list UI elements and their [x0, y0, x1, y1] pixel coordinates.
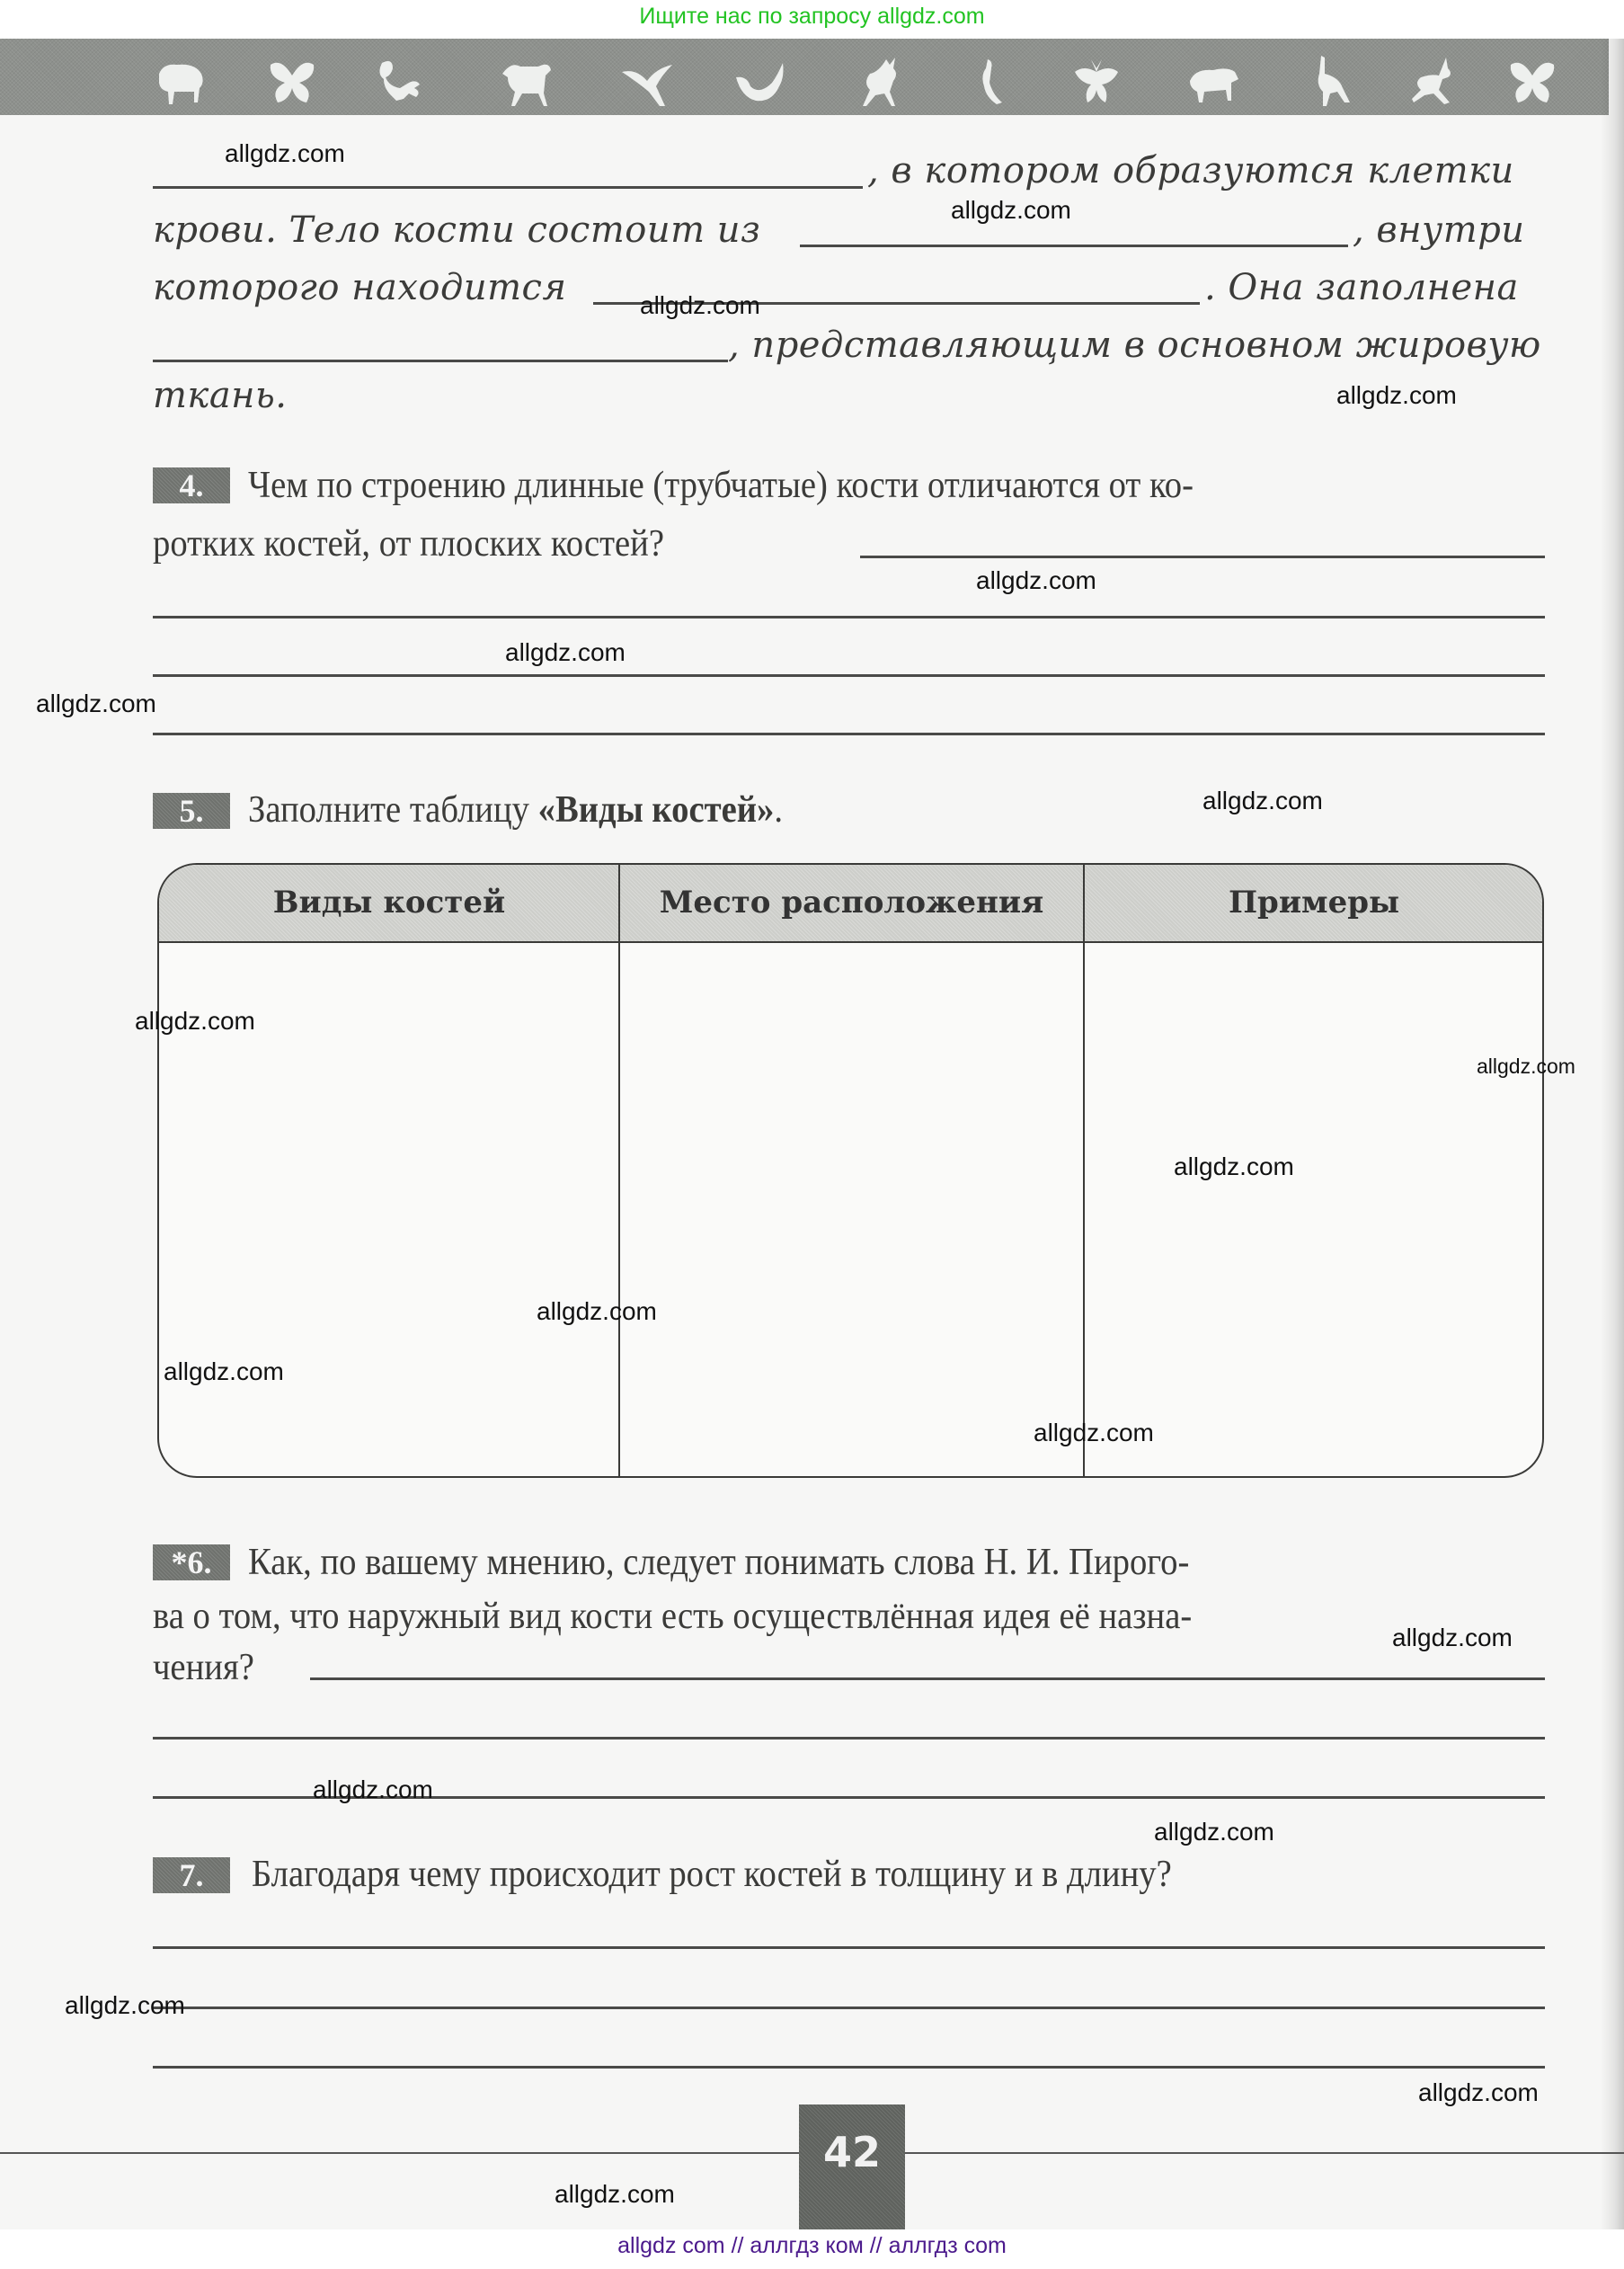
footer-links[interactable]: allgdz com // аллгдз ком // аллгдз com — [0, 2233, 1624, 2259]
table-cell-location[interactable] — [621, 943, 1082, 1478]
answer-line[interactable] — [153, 674, 1545, 677]
watermark: allgdz.com — [1418, 2078, 1539, 2107]
answer-line[interactable] — [153, 733, 1545, 735]
table-header: Виды костей Место расположения Примеры — [159, 865, 1542, 943]
watermark: allgdz.com — [505, 638, 626, 667]
answer-line[interactable] — [153, 360, 728, 362]
question-6-text: ва о том, что наружный вид кости есть ос… — [153, 1594, 1192, 1639]
answer-line[interactable] — [153, 1737, 1545, 1740]
page-edge-shadow — [1601, 39, 1624, 2232]
moth-icon — [1069, 55, 1123, 111]
answer-line[interactable] — [153, 2066, 1545, 2069]
watermark: allgdz.com — [1174, 1152, 1294, 1181]
heron-icon — [966, 55, 1020, 111]
text-line: , в котором образуются клетки — [867, 149, 1514, 192]
butterfly-icon — [1505, 55, 1559, 111]
text-line: крови. Тело кости состоит из — [153, 209, 760, 252]
watermark: allgdz.com — [555, 2180, 675, 2209]
question-7-text: Благодаря чему происходит рост костей в … — [252, 1852, 1172, 1897]
question-number-badge: 5. — [153, 793, 230, 829]
column-header-location: Место расположения — [619, 865, 1084, 941]
question-6-text: чения? — [153, 1645, 254, 1690]
bird-icon — [620, 55, 674, 111]
answer-line[interactable] — [153, 2007, 1545, 2009]
question-5-period: . — [774, 789, 783, 831]
table-title: «Виды костей» — [538, 789, 775, 831]
boar-icon — [1186, 55, 1240, 111]
watermark: allgdz.com — [65, 1991, 185, 2020]
crane-icon — [1303, 55, 1357, 111]
answer-line[interactable] — [800, 245, 1348, 247]
watermark: allgdz.com — [1392, 1624, 1513, 1652]
bison-icon — [155, 55, 209, 111]
column-header-bone-types: Виды костей — [159, 865, 619, 941]
watermark: allgdz.com — [36, 690, 156, 718]
deer-icon — [854, 55, 908, 111]
scorpion-icon — [373, 55, 427, 111]
table-cell-examples[interactable] — [1086, 943, 1544, 1478]
answer-line[interactable] — [153, 616, 1545, 618]
footer-rule — [0, 2152, 799, 2154]
question-4-text: ротких костей, от плоских костей? — [153, 521, 664, 566]
watermark: allgdz.com — [225, 139, 345, 168]
question-5-text: Заполните таблицу «Виды костей». — [248, 787, 783, 832]
watermark: allgdz.com — [1202, 787, 1323, 815]
bone-types-table: Виды костей Место расположения Примеры — [157, 863, 1544, 1478]
text-line: , внутри — [1353, 209, 1525, 252]
watermark: allgdz.com — [1336, 381, 1457, 410]
dolphin-icon — [732, 55, 786, 111]
question-5-text-plain: Заполните таблицу — [248, 789, 538, 831]
page-number: 42 — [799, 2104, 905, 2229]
watermark: allgdz.com — [1154, 1818, 1274, 1846]
watermark: allgdz.com — [976, 566, 1096, 595]
footer-rule — [905, 2152, 1624, 2154]
watermark: allgdz.com — [164, 1357, 284, 1386]
watermark: allgdz.com — [951, 196, 1071, 225]
watermark: allgdz.com — [537, 1297, 657, 1326]
watermark: allgdz.com — [135, 1007, 255, 1036]
antelope-icon — [1407, 55, 1460, 111]
question-number-badge: 4. — [153, 467, 230, 503]
question-number-badge: *6. — [153, 1544, 230, 1580]
site-banner[interactable]: Ищите нас по запросу allgdz.com — [0, 4, 1624, 30]
question-6-text: Как, по вашему мнению, следует понимать … — [248, 1540, 1189, 1585]
column-header-examples: Примеры — [1084, 865, 1544, 941]
horse-icon — [499, 55, 553, 111]
column-divider — [618, 865, 620, 1476]
column-divider — [1083, 865, 1085, 1476]
watermark: allgdz.com — [313, 1775, 433, 1804]
answer-line[interactable] — [153, 1946, 1545, 1949]
question-4-text: Чем по строению длинные (трубчатые) кост… — [248, 463, 1194, 508]
watermark: allgdz.com — [640, 291, 760, 320]
butterfly-icon — [265, 55, 319, 111]
text-line: , представляющим в основном жировую — [728, 324, 1541, 367]
answer-line[interactable] — [310, 1677, 1545, 1680]
text-line: которого находится — [153, 266, 566, 309]
watermark: allgdz.com — [1034, 1419, 1154, 1447]
text-line: . Она заполнена — [1204, 266, 1519, 309]
text-line: ткань. — [153, 374, 288, 417]
answer-line[interactable] — [860, 556, 1545, 558]
header-band — [0, 39, 1609, 115]
answer-line[interactable] — [153, 186, 863, 189]
watermark: allgdz.com — [1477, 1054, 1575, 1079]
question-number-badge: 7. — [153, 1857, 230, 1893]
